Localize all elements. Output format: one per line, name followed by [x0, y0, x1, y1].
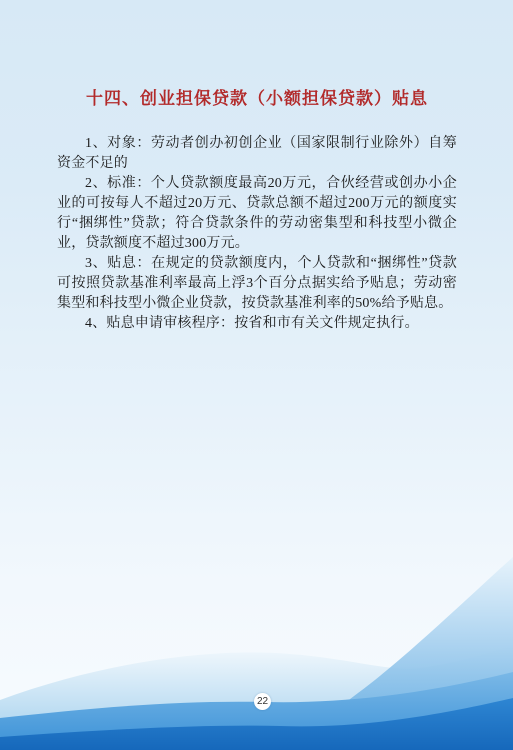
page: 十四、创业担保贷款（小额担保贷款）贴息 1、对象：劳动者创办初创企业（国家限制行… — [0, 0, 513, 750]
paragraph-block: 1、对象：劳动者创办初创企业（国家限制行业除外）自筹资金不足的 2、标准：个人贷… — [57, 134, 457, 334]
page-number-badge: 22 — [254, 693, 271, 710]
paragraph-4: 4、贴息申请审核程序：按省和市有关文件规定执行。 — [57, 314, 457, 334]
wave-decoration — [0, 550, 513, 750]
page-number-text: 22 — [257, 696, 268, 707]
page-title: 十四、创业担保贷款（小额担保贷款）贴息 — [57, 84, 457, 109]
paragraph-1: 1、对象：劳动者创办初创企业（国家限制行业除外）自筹资金不足的 — [57, 134, 457, 174]
paragraph-2: 2、标准：个人贷款额度最高20万元，合伙经营或创办小企业的可按每人不超过20万元… — [57, 174, 457, 254]
document-body: 十四、创业担保贷款（小额担保贷款）贴息 1、对象：劳动者创办初创企业（国家限制行… — [57, 84, 457, 334]
paragraph-3: 3、贴息：在规定的贷款额度内，个人贷款和“捆绑性”贷款可按照贷款基准利率最高上浮… — [57, 254, 457, 314]
